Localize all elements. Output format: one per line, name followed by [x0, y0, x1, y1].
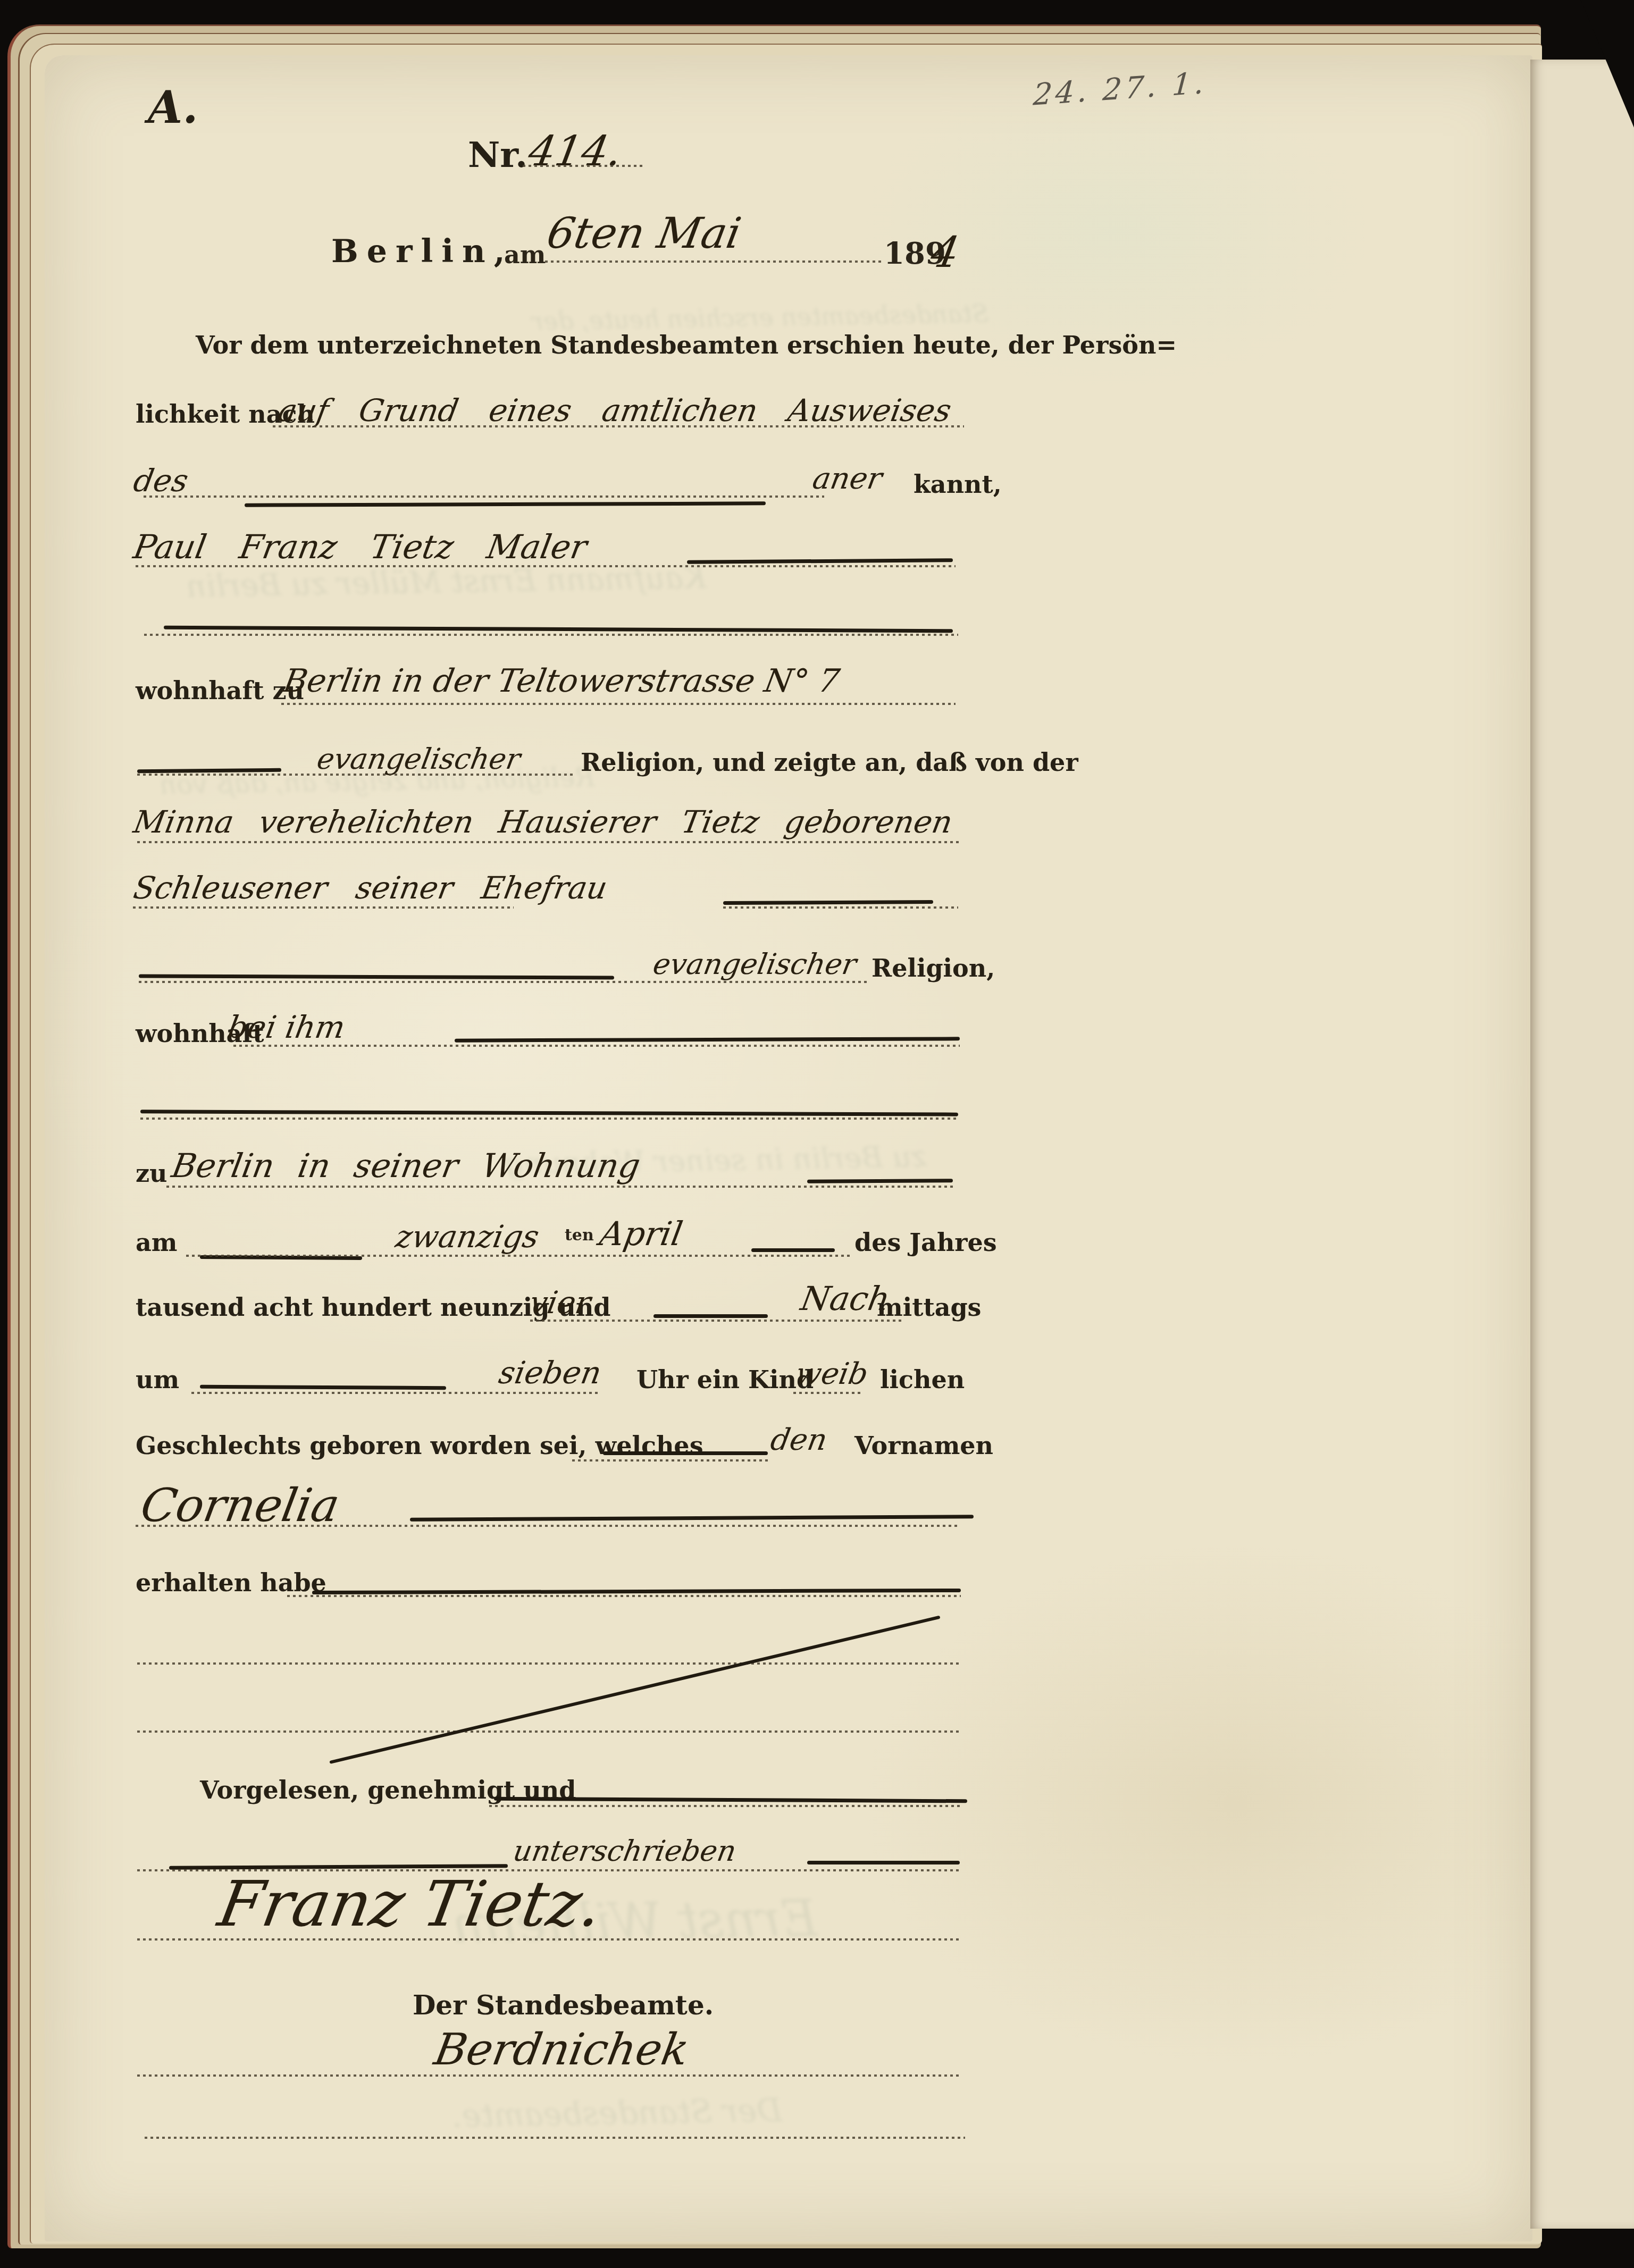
record-number-value: 414.	[525, 128, 626, 175]
fill-line	[137, 841, 960, 843]
unterschrieben-handwritten: unterschrieben	[510, 1834, 739, 1868]
des-jahres-label: des Jahres	[854, 1228, 997, 1257]
mother-name-handwritten: Minna verehelichten Hausierer Tietz gebo…	[131, 804, 956, 840]
fill-line	[523, 165, 645, 167]
um-label: um	[136, 1365, 179, 1394]
fill-line	[140, 1118, 958, 1120]
residence-handwritten: Berlin in der Teltowerstrasse N° 7	[281, 662, 842, 700]
fill-line	[144, 495, 824, 498]
declarant-religion-handwritten: evangelischer	[314, 742, 523, 776]
fill-line	[137, 2074, 961, 2077]
fill-line	[144, 634, 958, 636]
gender-handwritten: weib	[793, 1357, 870, 1391]
mother-residence-handwritten: bei ihm	[225, 1009, 348, 1045]
register-book-scan: Standesbeamten erschien heute, der Kaufm…	[0, 0, 1634, 2268]
fill-line	[287, 1595, 961, 1597]
place-label: Berlin,	[331, 233, 514, 270]
fill-line	[191, 1392, 600, 1394]
child-name-handwritten: Cornelia	[137, 1479, 343, 1532]
fill-line	[273, 425, 964, 427]
registrar-title: Der Standesbeamte.	[413, 1989, 714, 2021]
mittags-label: mittags	[877, 1293, 982, 1322]
fill-line	[186, 1255, 852, 1257]
fill-line	[137, 1662, 961, 1665]
erhalten-habe-label: erhalten habe	[136, 1568, 326, 1597]
fill-line	[136, 1525, 960, 1527]
registrar-signature: Berdnichek	[431, 2025, 693, 2075]
identification-handwritten: auf Grund eines amtlichen Ausweises	[275, 392, 954, 429]
mother-birthname-handwritten: Schleusener seiner Ehefrau	[131, 870, 610, 906]
residence-label: wohnhaft zu	[136, 676, 304, 705]
religion-label: Religion,	[872, 954, 995, 982]
ten-suffix-label: ten	[565, 1226, 594, 1245]
fill-line	[145, 2137, 965, 2139]
am-label: am	[504, 240, 546, 269]
intro-line3-hw-a: des	[131, 463, 191, 499]
uhr-ein-kind-label: Uhr ein Kind	[636, 1365, 814, 1394]
zu-label: zu	[136, 1159, 167, 1188]
birth-year-handwritten: vier	[527, 1284, 593, 1321]
fill-line	[136, 565, 956, 567]
bleedthrough-text: Der Standesbeamte.	[451, 2092, 782, 2135]
birth-day-handwritten: zwanzigs	[393, 1219, 542, 1255]
fill-line	[133, 906, 514, 909]
fill-line	[166, 1186, 956, 1188]
intro-line3-hw-b: aner	[810, 461, 885, 496]
vornamen-label: Vornamen	[854, 1431, 993, 1460]
ink-strike	[807, 1861, 960, 1864]
birthplace-handwritten: Berlin in seiner Wohnung	[169, 1146, 643, 1185]
intro-line1: Vor dem unterzeichneten Standesbeamten e…	[196, 331, 1177, 359]
lichen-label: lichen	[880, 1365, 965, 1394]
fill-line	[137, 1938, 961, 1941]
ink-strike	[603, 1451, 768, 1455]
birth-month-handwritten: April	[597, 1214, 686, 1253]
fill-line	[281, 703, 956, 705]
fill-line	[137, 1731, 961, 1733]
birth-hour-handwritten: sieben	[496, 1355, 604, 1391]
fill-line	[137, 774, 575, 776]
mother-religion-handwritten: evangelischer	[650, 947, 859, 981]
date-handwritten: 6ten Mai	[543, 208, 745, 258]
ink-strike	[653, 1314, 768, 1318]
form-letter-a: A.	[148, 81, 198, 133]
declarant-signature: Franz Tietz.	[213, 1867, 608, 1941]
fill-line	[233, 1045, 960, 1047]
welches-handwritten: den	[768, 1423, 830, 1457]
fill-line	[572, 1459, 768, 1461]
geschlecht-line-label: Geschlechts geboren worden sei, welches	[136, 1431, 703, 1460]
ink-strike	[751, 1248, 835, 1252]
fill-line	[545, 261, 883, 263]
fill-line	[489, 1805, 962, 1807]
kannt-label: kannt,	[914, 470, 1002, 499]
fill-line	[793, 1392, 860, 1394]
declarant-name-handwritten: Paul Franz Tietz Maler	[131, 527, 590, 566]
am-date-label: am	[136, 1228, 177, 1257]
fill-line	[530, 1320, 904, 1322]
record-number-label: Nr.	[468, 134, 527, 175]
ink-strike	[807, 1179, 953, 1183]
religion-zeigte-an-label: Religion, und zeigte an, daß von der	[581, 748, 1078, 777]
fill-line	[139, 981, 867, 983]
adjacent-page-edge	[1530, 60, 1634, 2229]
fill-line	[723, 906, 958, 909]
